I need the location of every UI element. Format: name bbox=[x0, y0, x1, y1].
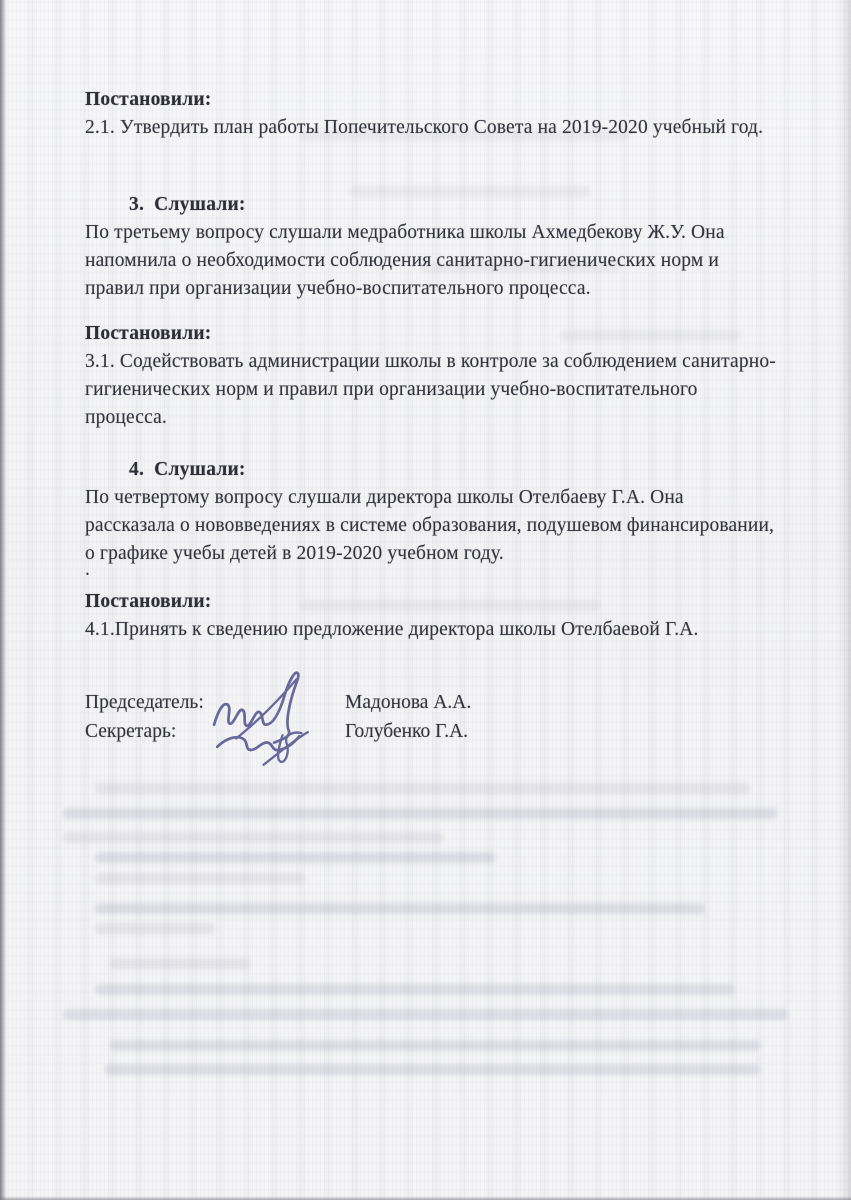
bleedthrough-line bbox=[63, 808, 778, 819]
resolution-4-section: Постановили: 4.1.Принять к сведению пред… bbox=[85, 588, 777, 644]
scan-edge-right bbox=[841, 0, 851, 1200]
chairman-name: Мадонова А.А. bbox=[345, 688, 471, 717]
chairman-label: Председатель: bbox=[85, 688, 204, 717]
bleedthrough-line bbox=[95, 903, 705, 914]
signature-block: Председатель: Мадонова А.А. Секретарь: Г… bbox=[85, 688, 777, 746]
agenda-item-3-section: 3. Слушали: По третьему вопросу слушали … bbox=[85, 191, 777, 303]
section-heading: Постановили: bbox=[85, 86, 777, 114]
bleedthrough-line bbox=[105, 1064, 760, 1075]
scanned-document-page: Постановили: 2.1. Утвердить план работы … bbox=[0, 0, 851, 1200]
paragraph: 4.1.Принять к сведению предложение дирек… bbox=[85, 616, 777, 644]
paragraph: По третьему вопросу слушали медработника… bbox=[85, 219, 777, 303]
bleedthrough-line bbox=[560, 330, 740, 341]
section-heading: 4. Слушали: bbox=[85, 456, 777, 484]
bleedthrough-line bbox=[300, 600, 600, 611]
bleedthrough-line bbox=[110, 1040, 760, 1051]
bleedthrough-line bbox=[95, 984, 735, 995]
bleedthrough-line bbox=[420, 262, 620, 273]
bleedthrough-line bbox=[63, 832, 443, 843]
chairman-row: Председатель: Мадонова А.А. bbox=[85, 688, 777, 717]
handwritten-signature bbox=[203, 670, 341, 770]
scan-edge-left bbox=[0, 0, 6, 1200]
bleedthrough-line bbox=[63, 1009, 788, 1020]
secretary-name: Голубенко Г.А. bbox=[345, 717, 468, 746]
stray-period: . bbox=[85, 556, 777, 584]
bleedthrough-line bbox=[95, 873, 305, 884]
bleedthrough-line bbox=[95, 923, 215, 934]
bleedthrough-line bbox=[350, 186, 590, 197]
bleedthrough-line bbox=[95, 852, 495, 863]
agenda-item-4-section: 4. Слушали: По четвертому вопросу слушал… bbox=[85, 456, 777, 568]
secretary-label: Секретарь: bbox=[85, 717, 176, 746]
bleedthrough-line bbox=[300, 130, 630, 141]
bleedthrough-line bbox=[95, 783, 750, 794]
bleedthrough-line bbox=[110, 958, 250, 969]
secretary-row: Секретарь: Голубенко Г.А. bbox=[85, 717, 777, 746]
paragraph: 3.1. Содействовать администрации школы в… bbox=[85, 348, 777, 432]
